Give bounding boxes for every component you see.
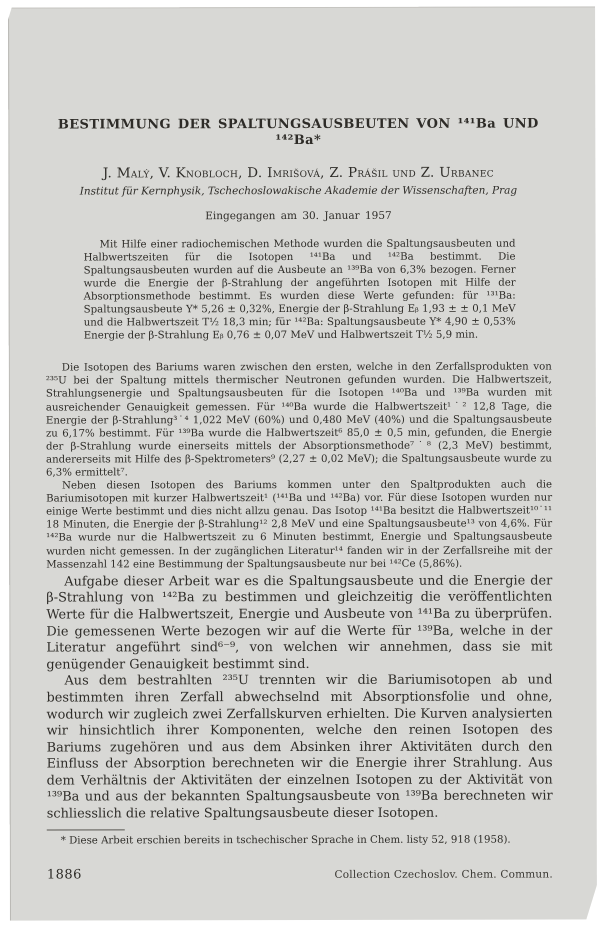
page-footer: 1886 Collection Czechoslov. Chem. Commun…	[47, 866, 553, 882]
paper-page: BESTIMMUNG DER SPALTUNGSAUSBEUTEN VON ¹⁴…	[8, 6, 597, 920]
journal-name: Collection Czechoslov. Chem. Commun.	[335, 868, 553, 880]
body-paragraph-3: Aufgabe dieser Arbeit war es die Spaltun…	[46, 573, 552, 674]
body-paragraph-4: Aus dem bestrahlten ²³⁵U trennten wir di…	[46, 673, 552, 823]
body-section-small: Die Isotopen des Bariums waren zwischen …	[46, 361, 552, 572]
footnote-text: * Diese Arbeit erschien bereits in tsche…	[47, 834, 553, 848]
footnote-block: * Diese Arbeit erschien bereits in tsche…	[47, 828, 553, 848]
body-paragraph-1: Die Isotopen des Bariums waren zwischen …	[46, 361, 552, 480]
affiliation-line: Institut für Kernphysik, Tschechoslowaki…	[45, 184, 551, 197]
footnote-rule	[47, 829, 125, 830]
page-number: 1886	[47, 867, 82, 882]
body-paragraph-2: Neben diesen Isotopen des Bariums kommen…	[46, 479, 552, 572]
received-date: Eingegangen am 30. Januar 1957	[45, 209, 551, 222]
scan-corner-top-left	[0, 0, 14, 46]
scan-corner-bottom-right	[584, 875, 600, 927]
authors-line: J. Malý, V. Knobloch, D. Imrišová, Z. Pr…	[45, 164, 551, 181]
text-column: BESTIMMUNG DER SPALTUNGSAUSBEUTEN VON ¹⁴…	[45, 6, 553, 823]
body-section-large: Aufgabe dieser Arbeit war es die Spaltun…	[46, 573, 553, 823]
scan-background: BESTIMMUNG DER SPALTUNGSAUSBEUTEN VON ¹⁴…	[0, 0, 600, 927]
page-title: BESTIMMUNG DER SPALTUNGSAUSBEUTEN VON ¹⁴…	[45, 116, 551, 150]
abstract-paragraph: Mit Hilfe einer radiochemischen Methode …	[84, 237, 516, 343]
